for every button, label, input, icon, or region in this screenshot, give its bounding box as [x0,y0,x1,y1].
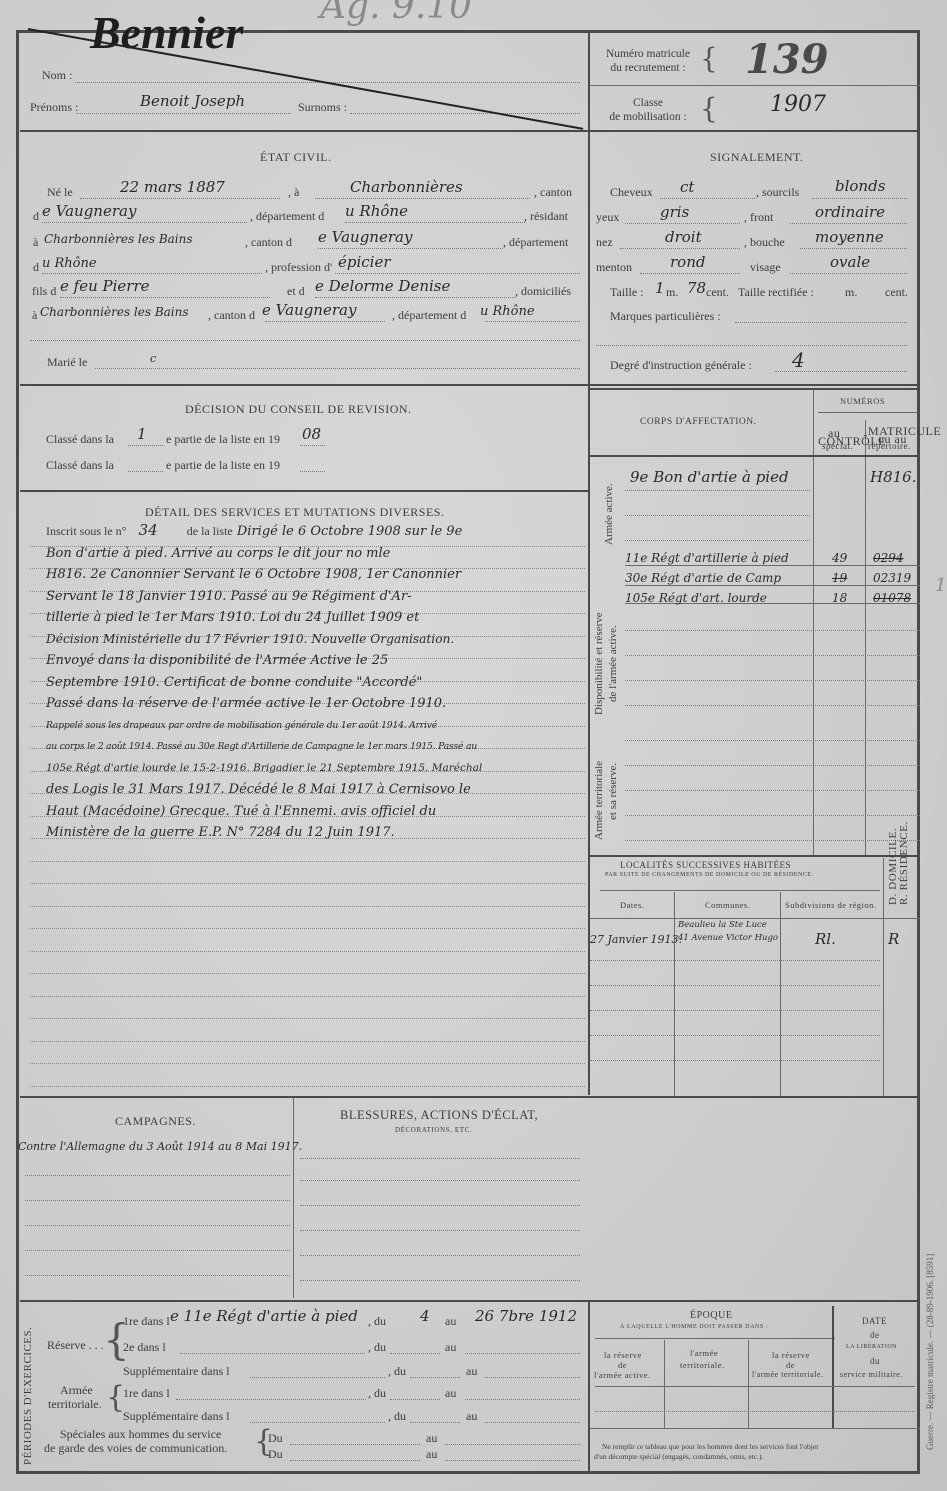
residence-departement: u Rhône [42,256,97,271]
services-line: Envoyé dans la disponibilité de l'Armée … [46,650,581,672]
epoque-note-2: d'un décompte spécial (engagés, condamné… [594,1452,763,1461]
marie-label: Marié le [47,355,87,370]
services-line: tillerie à pied le 1er Mars 1910. Loi du… [46,607,581,629]
prenoms-label: Prénoms : [30,100,78,115]
matricule-cell: 0294 [873,551,904,565]
corps-title: CORPS D'AFFECTATION. [640,417,757,427]
yeux-value: gris [660,203,689,221]
classe-label-1: Classe [598,97,698,109]
services-line: 105e Régt d'artie lourde le 15-2-1916. B… [46,758,581,780]
services-line: Décision Ministérielle du 17 Février 191… [46,629,581,651]
controle-cell: 49 [832,551,847,565]
cheveux-value: ct [680,178,694,196]
parents-canton: e Vaugneray [262,301,356,319]
localite-subdivision: Rl. [815,930,836,948]
corps-row: 11e Régt d'artillerie à pied [625,551,789,565]
reserve-1-du: 4 [420,1307,430,1325]
nom-label: Nom : [42,68,72,83]
birthplace: Charbonnières [350,178,463,196]
matricule-value: 139 [745,36,829,83]
signalement-title: SIGNALEMENT. [710,150,803,165]
canton: e Vaugneray [42,202,136,220]
services-line: Passé dans la réserve de l'armée active … [46,693,581,715]
epoque-title: ÉPOQUE [690,1310,732,1321]
visage-value: ovale [830,253,870,271]
localite-commune: Beaulieu la Ste Luce [678,920,767,930]
degre-value: 4 [792,348,805,372]
localites-title: LOCALITÉS SUCCESSIVES HABITÉES [620,860,791,870]
departement: u Rhône [345,202,408,220]
prenoms-value: Benoit Joseph [140,92,245,110]
matricule-cell: H816. [870,468,916,486]
inscrit-number: 34 [131,520,183,542]
ne-le-label: Né le [47,185,73,200]
liberation-title: DATE [862,1316,887,1326]
section-territoriale-label: Armée territoriale [593,761,605,840]
localites-subtitle: PAR SUITE DE CHANGEMENTS DE DOMICILE OU … [605,872,813,878]
controle-cell: 19 [832,571,847,585]
mother: e Delorme Denise [315,277,450,295]
services-line: Servant le 18 Janvier 1910. Passé au 9e … [46,586,581,608]
etat-civil-title: ÉTAT CIVIL. [260,150,332,165]
page-number: 16 [935,575,947,596]
blessures-title: BLESSURES, ACTIONS D'ÉCLAT, [340,1108,538,1123]
services-line: au corps le 2 août 1914. Passé au 30e Re… [46,736,581,758]
epoque-note-1: Ne remplir ce tableau que pour les homme… [602,1442,818,1451]
services-line: Ministère de la guerre E.P. N° 7284 du 1… [46,822,581,844]
section-armee-active-label: Armée active. [603,483,615,545]
corps-row: 30e Régt d'artie de Camp [625,571,781,585]
parents-domicile: Charbonnières les Bains [40,305,189,319]
matricule-cell: 02319 [873,571,911,585]
localite-dr: R [888,930,899,948]
services-line: H816. 2e Canonnier Servant le 6 Octobre … [46,564,581,586]
services-notes: Inscrit sous le n° 34 de la liste Dirigé… [46,520,581,844]
numeros-title: NUMÉROS [840,396,885,406]
reserve-1-corps: e 11e Régt d'artie à pied [170,1307,358,1325]
degre-label: Degré d'instruction générale : [610,358,752,373]
menton-value: rond [670,253,705,271]
marques-label: Marques particulières : [610,309,721,324]
controle-cell: 18 [832,591,847,605]
services-line: Septembre 1910. Certificat de bonne cond… [46,672,581,694]
printer-imprint: Guerre. — Registre matricule. — (28-89-1… [925,1254,935,1450]
services-title: DÉTAIL DES SERVICES ET MUTATIONS DIVERSE… [145,505,444,520]
section-disponibilite-label: Disponibilité et réserve [593,612,605,715]
parents-departement: u Rhône [480,304,535,319]
residence-canton: e Vaugneray [318,228,412,246]
localite-date: 27 Janvier 1913. [590,933,682,946]
taille-m: 1 [655,279,665,297]
bouche-value: moyenne [815,228,884,246]
top-annotation: Ag. 9.10 [320,0,472,27]
marie-value: c [150,352,156,365]
taille-cm: 78 [687,279,706,297]
reserve-1-au: 26 7bre 1912 [475,1307,577,1325]
classe-label-2: de mobilisation : [598,111,698,123]
services-line: Rappelé sous les drapeaux par ordre de m… [46,715,581,737]
matricule-cell: 01078 [873,591,911,605]
speciales-label: Spéciales aux hommes du service [60,1427,221,1442]
territoriale-label: Armée [60,1383,93,1398]
corps-row: 9e Bon d'artie à pied [630,468,789,486]
sourcils-value: blonds [835,177,885,195]
profession: épicier [338,253,391,271]
services-line: Haut (Macédoine) Grecque. Tué à l'Ennemi… [46,801,581,823]
matricule-label-2: du recrutement : [598,62,698,74]
register-page: Ag. 9.10 Nom : Bennier Prénoms : Benoit … [0,0,947,1491]
services-line: Bon d'artie à pied. Arrivé au corps le d… [46,543,581,565]
classe-value: 1907 [770,92,826,117]
campagnes-title: CAMPAGNES. [115,1114,196,1129]
residence: Charbonnières les Bains [44,232,193,246]
periodes-side-label: PÉRIODES D'EXERCICES. [22,1327,34,1465]
father: e feu Pierre [60,277,150,295]
birth-date: 22 mars 1887 [120,178,225,196]
campagnes-value: Contre l'Allemagne du 3 Août 1914 au 8 M… [18,1140,302,1153]
nom-value: Bennier [90,6,243,59]
classe-partie-1: 1 [137,425,147,443]
services-line: des Logis le 31 Mars 1917. Décédé le 8 M… [46,779,581,801]
reserve-label: Réserve . . . [47,1338,104,1353]
classe-year-1: 08 [302,425,321,443]
nez-value: droit [665,228,702,246]
front-value: ordinaire [815,203,885,221]
conseil-title: DÉCISION DU CONSEIL DE REVISION. [185,402,412,417]
surnoms-label: Surnoms : [298,100,347,115]
matricule-label-1: Numéro matricule [598,48,698,60]
corps-row: 105e Régt d'art. lourde [625,591,767,605]
